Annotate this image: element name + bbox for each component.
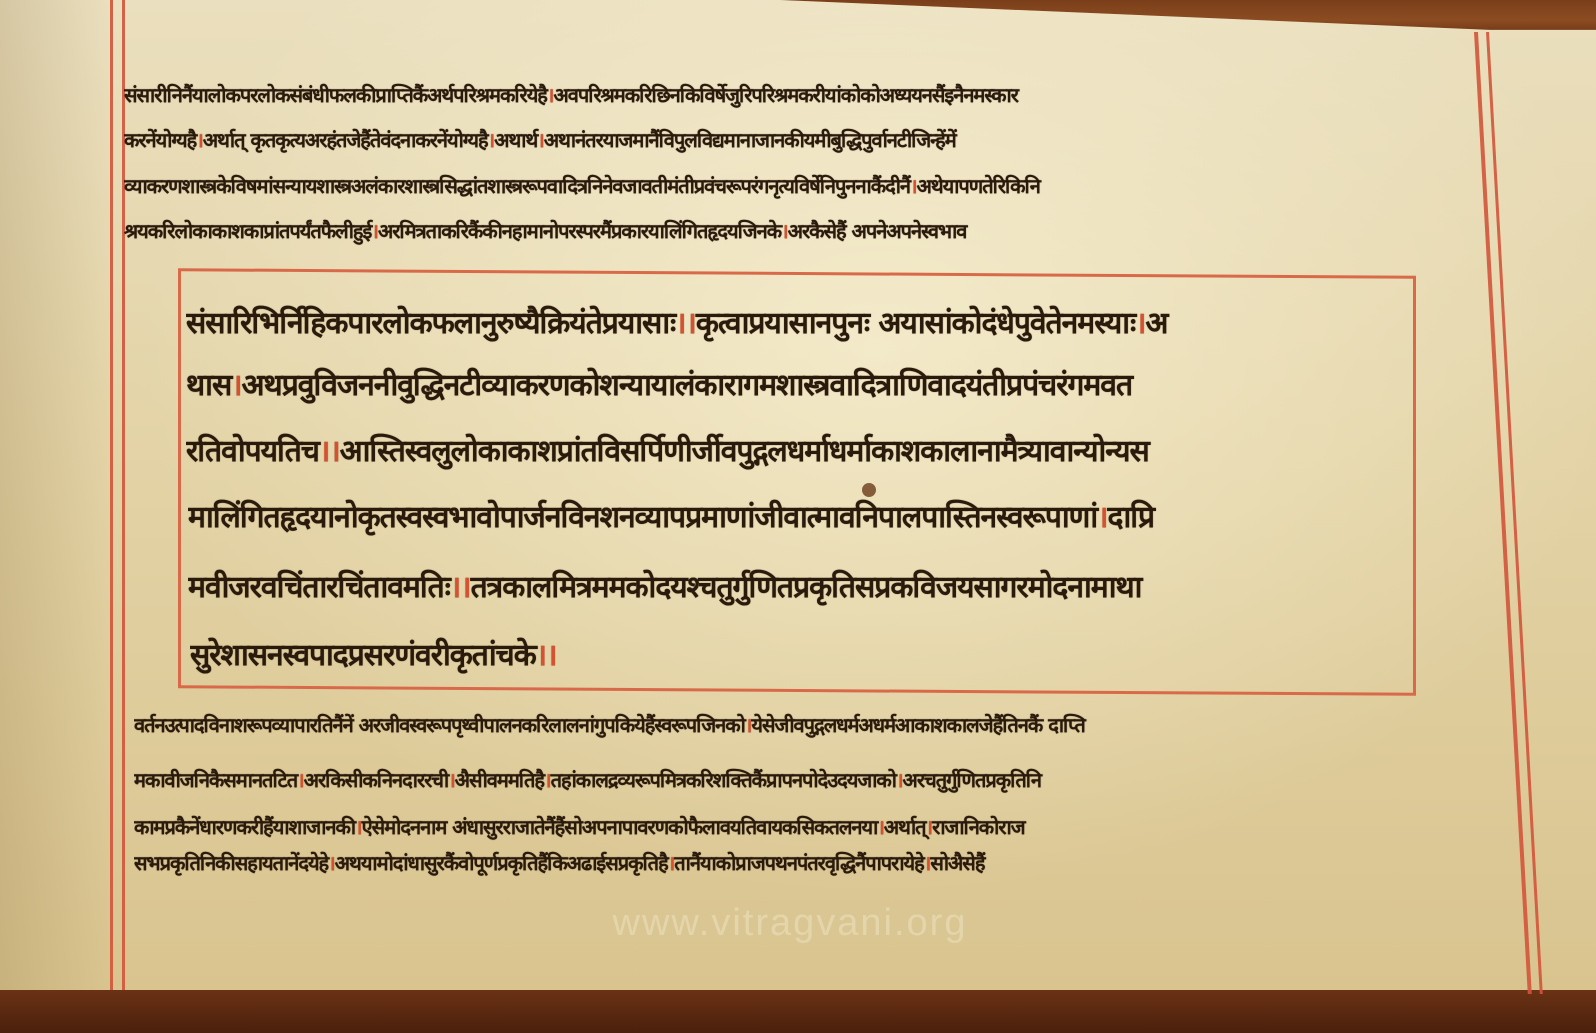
commentary-line: करनेंयोग्यहै।अर्थात् कृतकृत्यअरहंतजेहैंत… bbox=[124, 125, 1470, 155]
verse-line: सुरेशासनस्वपादप्रसरणंवरीकृतांचके।। bbox=[190, 634, 890, 678]
wooden-background-bottom bbox=[0, 990, 1596, 1033]
verse-line: मालिंगितहृदयानोकृतस्वस्वभावोपार्जनविनशनव… bbox=[188, 496, 1408, 540]
verse-line: संसारिभिर्निहिकपारलोकफलानुरुष्यैक्रियंते… bbox=[186, 302, 1412, 346]
commentary-line: कामप्रकैनेंधारणकरीहैंयाशाजानकी।ऐसेमोदनना… bbox=[134, 812, 1436, 842]
verse-line: थास।अथप्रवुविजननीवुद्धिनटीव्याकरणकोशन्या… bbox=[186, 364, 1412, 408]
verse-line: रतिवोपयतिच।।आस्तिस्वलुलोकाकाशप्रांतविसर्… bbox=[186, 430, 1410, 474]
commentary-line: श्रयकरिलोकाकाशकाप्रांतपर्यंतफैलीहुई।अरमि… bbox=[124, 216, 1470, 246]
ink-stain bbox=[862, 483, 876, 497]
commentary-line: सभप्रकृतिनिकीसहायतानेंदयेहे।अथयामोदांधास… bbox=[134, 848, 1436, 878]
commentary-line: मकावीजनिकैसमानतटित।अरकिसीकनिनदाररची।अैसी… bbox=[134, 765, 1440, 795]
watermark: www.vitragvani.org bbox=[540, 902, 1040, 945]
verse-line: मवीजरवचिंतारचिंतावमतिः।।तत्रकालमित्रममको… bbox=[188, 566, 1404, 610]
left-margin-rule-outer bbox=[110, 0, 113, 990]
commentary-line: संसारीनिनैंयालोकपरलोकसंबंधीफलकीप्राप्तिक… bbox=[124, 80, 1470, 110]
folio-left-shading bbox=[0, 0, 110, 995]
commentary-line: वर्तनउत्पादविनाशरूपव्यापारतिनैंनें अरजीव… bbox=[134, 710, 1448, 740]
commentary-line: व्याकरणशास्त्रकेविषमांसन्यायशास्त्रअलंका… bbox=[124, 171, 1470, 201]
